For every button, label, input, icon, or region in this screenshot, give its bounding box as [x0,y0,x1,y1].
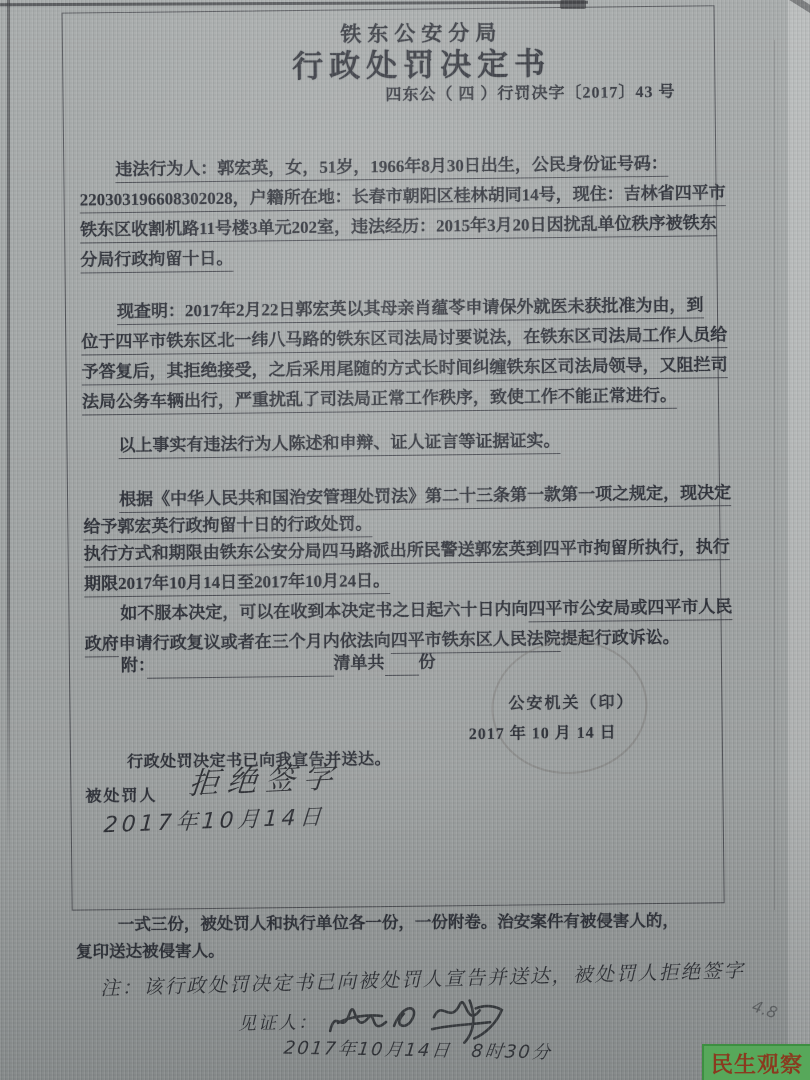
paragraph-offender-info: 违法行为人：郭宏英，女，51岁，1966年8月30日出生，公民身份证号码：220… [79,152,724,279]
paragraph-findings: 现查明：2017年2月22日郭宏英以其母亲肖蕴苓申请保外就医未获批准为由，到位于… [81,294,726,421]
text-line: 以上事实有违法行为人陈述和申辩、证人证言等证据证实。 [82,428,726,465]
paragraph-evidence: 以上事实有违法行为人陈述和申辩、证人证言等证据证实。 [82,428,726,465]
document-border-box: 铁东公安分局 行政处罚决定书 四东公（ 四 ）行罚决字〔2017〕43 号 违法… [62,5,725,910]
punished-person-label: 被处罚人 [85,783,157,807]
text-line: 法局公务车辆出行，严重扰乱了司法局正常工作秩序，致使工作不能正常进行。 [82,384,726,421]
paragraph-decision: 根据《中华人民共和国治安管理处罚法》第二十三条第一款第一项之规定，现决定给予郭宏… [83,482,728,543]
screen-top-edge-mark [560,0,586,9]
screen-top-edge-line [0,1,588,7]
margin-mark: 4.8 [750,997,780,1023]
handwritten-refusal-note: 拒绝签字 [187,752,343,803]
document-body: 违法行为人：郭宏英，女，51岁，1966年8月30日出生，公民身份证号码：220… [78,6,732,909]
screen-left-edge-line [7,0,10,860]
seal-date: 2017 年 10 月 14 日 [469,719,617,744]
paper-right-edge-line [774,40,775,910]
paragraph-execution: 执行方式和期限由铁东公安分局四马路派出所民警送郭宏英到四平市拘留所执行，执行期限… [84,536,729,603]
witness-label: 见证人： [238,1012,318,1034]
handwritten-datetime: 2017年10月14日 8时30分 [282,1034,553,1065]
photo-right-glare-band [788,0,810,1080]
seal-issuer-label: 公安机关（印） [508,689,634,713]
site-watermark: 民生观察 [702,1044,810,1080]
text-line: 分局行政拘留十日。 [80,242,724,279]
